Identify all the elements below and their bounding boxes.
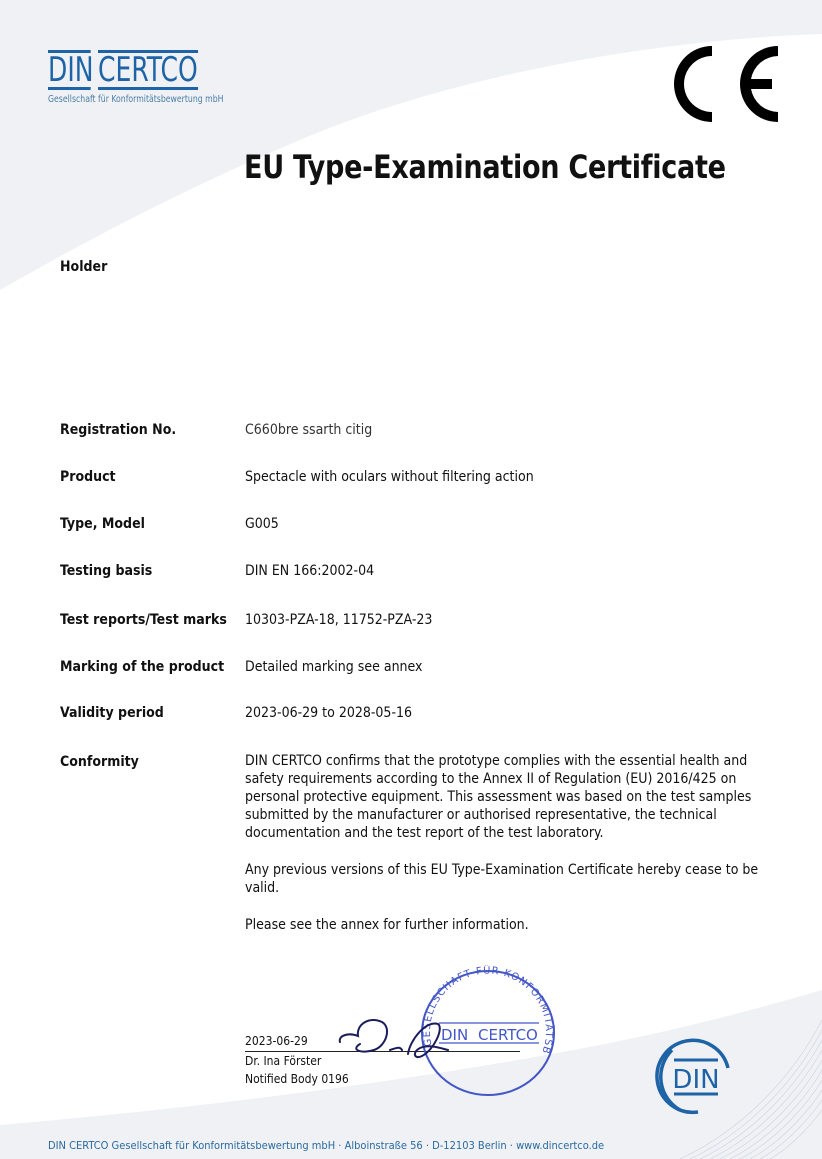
product-label: Product (60, 469, 116, 485)
ce-mark-icon (672, 44, 780, 124)
stamp-certco-text: CERTCO (478, 1026, 538, 1044)
test-reports-label: Test reports/Test marks (60, 612, 227, 628)
din-certco-logo: DIN CERTCO Gesellschaft für Konformitäts… (48, 50, 238, 105)
type-model-label: Type, Model (60, 516, 145, 532)
footer-address: DIN CERTCO Gesellschaft für Konformitäts… (48, 1139, 604, 1152)
holder-label: Holder (60, 259, 107, 275)
type-model-value: G005 (245, 516, 279, 532)
validity-value: 2023-06-29 to 2028-05-16 (245, 705, 412, 721)
conformity-paragraph-1: DIN CERTCO confirms that the prototype c… (245, 752, 765, 842)
notified-body: Notified Body 0196 (245, 1072, 349, 1086)
handwritten-signature-icon (330, 1010, 450, 1070)
signatory-name: Dr. Ina Förster (245, 1054, 321, 1068)
conformity-paragraph-2: Any previous versions of this EU Type-Ex… (245, 861, 765, 897)
document-title: EU Type-Examination Certificate (244, 148, 726, 186)
testing-basis-label: Testing basis (60, 563, 152, 579)
marking-value: Detailed marking see annex (245, 659, 423, 675)
svg-text:DIN: DIN (672, 1065, 719, 1095)
signature-date: 2023-06-29 (245, 1034, 308, 1048)
registration-label: Registration No. (60, 422, 176, 438)
logo-subtitle: Gesellschaft für Konformitätsbewertung m… (48, 94, 219, 105)
marking-label: Marking of the product (60, 659, 224, 675)
logo-din-text: DIN (48, 50, 91, 90)
testing-basis-value: DIN EN 166:2002-04 (245, 563, 374, 579)
registration-value: C660bre ssarth citig (245, 422, 372, 438)
product-value: Spectacle with oculars without filtering… (245, 469, 534, 485)
conformity-paragraph-3: Please see the annex for further informa… (245, 916, 765, 934)
test-reports-value: 10303-PZA-18, 11752-PZA-23 (245, 612, 432, 628)
conformity-label: Conformity (60, 754, 139, 770)
validity-label: Validity period (60, 705, 164, 721)
din-logo-icon: DIN (650, 1032, 738, 1120)
logo-certco-text: CERTCO (98, 50, 198, 90)
